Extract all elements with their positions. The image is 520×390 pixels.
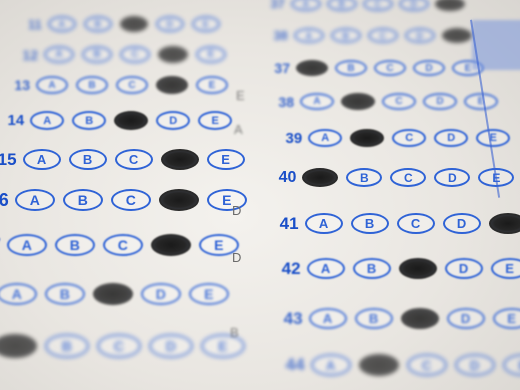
answer-bubble-d[interactable]: D [405, 28, 435, 43]
answer-bubble-c[interactable]: C [103, 234, 143, 256]
answer-bubble-a[interactable]: A [309, 308, 347, 329]
answer-bubble-d[interactable]: D [413, 60, 445, 76]
question-number: 14 [0, 112, 24, 129]
answer-bubble-c[interactable]: C [115, 149, 153, 170]
answer-bubble-e[interactable]: E [435, 0, 465, 11]
answer-bubble-c[interactable]: C [397, 213, 435, 234]
answer-bubble-e[interactable]: E [192, 16, 220, 32]
question-row: 44ABCDE [276, 354, 520, 376]
answer-bubble-b[interactable]: B [331, 28, 361, 43]
answer-bubble-a[interactable]: A [291, 0, 321, 11]
question-row: 18ABCDE [0, 283, 237, 305]
answer-bubble-c[interactable]: C [368, 28, 398, 43]
answer-bubble-c[interactable]: C [111, 189, 151, 211]
answer-bubble-d[interactable]: D [443, 213, 481, 234]
question-number: 13 [8, 77, 30, 93]
answer-bubble-b[interactable]: B [353, 258, 391, 279]
answer-bubble-a[interactable]: A [294, 28, 324, 43]
answer-bubble-e[interactable]: E [196, 76, 228, 94]
question-number: 40 [270, 169, 296, 187]
answer-bubble-d[interactable]: D [423, 93, 457, 110]
answer-bubble-d[interactable]: D [151, 234, 191, 256]
answer-bubble-b[interactable]: B [69, 149, 107, 170]
answer-bubble-a[interactable]: A [0, 283, 37, 305]
answer-bubble-c[interactable]: C [363, 0, 393, 11]
answer-bubble-d[interactable]: D [434, 129, 468, 147]
answer-bubble-b[interactable]: B [351, 213, 389, 234]
answer-bubble-d[interactable]: D [447, 308, 485, 329]
answer-bubble-e[interactable]: E [491, 258, 520, 279]
answer-bubble-a[interactable]: A [30, 111, 64, 130]
answer-bubble-d[interactable]: D [455, 354, 495, 376]
answer-bubble-e[interactable]: E [198, 111, 232, 130]
answer-bubble-b[interactable]: B [45, 334, 89, 358]
answer-bubble-e[interactable]: E [489, 213, 520, 234]
answer-bubble-b[interactable]: B [335, 60, 367, 76]
answer-bubble-d[interactable]: D [399, 0, 429, 11]
question-row: 14ABCDE [0, 111, 240, 130]
answer-bubble-e[interactable]: E [196, 46, 226, 63]
answer-bubble-c[interactable]: C [392, 129, 426, 147]
question-row: 43ABCDE [274, 308, 520, 329]
answer-bubble-d[interactable]: D [141, 283, 181, 305]
answer-bubble-c[interactable]: C [401, 308, 439, 329]
answer-bubble-b[interactable]: B [76, 76, 108, 94]
answer-bubble-c[interactable]: C [390, 168, 426, 187]
question-number: 17 [0, 235, 1, 256]
margin-marker: E [236, 88, 245, 103]
question-row: 42ABCDE [272, 258, 520, 279]
answer-bubble-a[interactable]: A [0, 334, 37, 358]
answer-bubble-b[interactable]: B [55, 234, 95, 256]
margin-marker: A [234, 122, 243, 137]
question-row: 12ABCDE [16, 46, 234, 63]
answer-bubble-b[interactable]: B [84, 16, 112, 32]
question-row: 37ABCDE [268, 60, 491, 76]
answer-bubble-b[interactable]: B [82, 46, 112, 63]
question-number: 39 [278, 130, 302, 147]
margin-marker: B [230, 325, 239, 340]
answer-bubble-e[interactable]: E [476, 129, 510, 147]
question-row: 41ABCDE [270, 213, 520, 234]
answer-bubble-a[interactable]: A [307, 258, 345, 279]
answer-bubble-c[interactable]: C [382, 93, 416, 110]
question-number: 15 [0, 150, 17, 170]
answer-bubble-a[interactable]: A [305, 213, 343, 234]
answer-bubble-b[interactable]: B [355, 308, 393, 329]
answer-bubble-d[interactable]: D [156, 16, 184, 32]
margin-marker: D [232, 203, 241, 218]
answer-bubble-c[interactable]: C [120, 16, 148, 32]
answer-bubble-e[interactable]: E [189, 283, 229, 305]
question-number: 42 [272, 259, 301, 279]
answer-bubble-c[interactable]: C [120, 46, 150, 63]
answer-bubble-e[interactable]: E [493, 308, 520, 329]
answer-bubble-c[interactable]: C [97, 334, 141, 358]
answer-bubble-a[interactable]: A [296, 60, 328, 76]
question-number: 44 [276, 355, 305, 375]
question-number: 11 [22, 17, 42, 32]
question-row: 16ABCDE [0, 189, 255, 211]
question-number: 37 [268, 60, 290, 76]
answer-bubble-a[interactable]: A [36, 76, 68, 94]
answer-bubble-b[interactable]: B [346, 168, 382, 187]
answer-bubble-b[interactable]: B [45, 283, 85, 305]
answer-bubble-a[interactable]: A [44, 46, 74, 63]
answer-sheet: 11ABCDE12ABCDE13ABCDE14ABCDE15ABCDE16ABC… [0, 0, 520, 390]
answer-bubble-c[interactable]: C [93, 283, 133, 305]
answer-bubble-a[interactable]: A [7, 234, 47, 256]
answer-bubble-d[interactable]: D [156, 76, 188, 94]
answer-bubble-a[interactable]: A [48, 16, 76, 32]
answer-bubble-b[interactable]: B [359, 354, 399, 376]
margin-marker: D [232, 250, 241, 265]
answer-bubble-a[interactable]: A [302, 168, 338, 187]
question-number: 16 [0, 190, 9, 211]
answer-bubble-b[interactable]: B [72, 111, 106, 130]
question-row: 11ABCDE [22, 16, 228, 32]
question-row: 15ABCDE [0, 149, 253, 170]
question-row: 39ABCDE [278, 129, 518, 147]
answer-bubble-e[interactable]: E [442, 28, 472, 43]
answer-bubble-d[interactable]: D [159, 189, 199, 211]
answer-bubble-e[interactable]: E [207, 149, 245, 170]
answer-bubble-d[interactable]: D [434, 168, 470, 187]
question-row: 38ABCDE [272, 93, 505, 110]
answer-bubble-b[interactable]: B [341, 93, 375, 110]
answer-bubble-b[interactable]: B [350, 129, 384, 147]
answer-bubble-a[interactable]: A [300, 93, 334, 110]
question-number: 12 [16, 47, 38, 63]
question-row: 19ABCDE [0, 334, 253, 358]
question-row: 13ABCDE [8, 76, 236, 94]
answer-bubble-c[interactable]: C [407, 354, 447, 376]
question-number: 43 [274, 309, 303, 329]
answer-bubble-d[interactable]: D [149, 334, 193, 358]
question-number: 41 [270, 214, 299, 234]
question-row: 40ABCDE [270, 168, 520, 187]
answer-bubble-c[interactable]: C [116, 76, 148, 94]
answer-bubble-d[interactable]: D [158, 46, 188, 63]
answer-bubble-c[interactable]: C [399, 258, 437, 279]
answer-bubble-b[interactable]: B [63, 189, 103, 211]
question-row: 17ABCDE [0, 234, 247, 256]
answer-bubble-d[interactable]: D [445, 258, 483, 279]
question-row: 37ABCDE [265, 0, 471, 11]
question-row: 38ABCDE [268, 28, 479, 43]
answer-bubble-a[interactable]: A [311, 354, 351, 376]
answer-bubble-d[interactable]: D [156, 111, 190, 130]
answer-bubble-b[interactable]: B [327, 0, 357, 11]
answer-bubble-a[interactable]: A [308, 129, 342, 147]
sheet-corner-panel [472, 20, 520, 70]
answer-bubble-e[interactable]: E [503, 354, 520, 376]
answer-bubble-c[interactable]: C [374, 60, 406, 76]
question-number: 38 [272, 94, 294, 110]
answer-bubble-c[interactable]: C [114, 111, 148, 130]
question-number: 37 [265, 0, 285, 11]
answer-bubble-a[interactable]: A [15, 189, 55, 211]
answer-bubble-d[interactable]: D [161, 149, 199, 170]
question-number: 38 [268, 28, 288, 43]
answer-bubble-a[interactable]: A [23, 149, 61, 170]
